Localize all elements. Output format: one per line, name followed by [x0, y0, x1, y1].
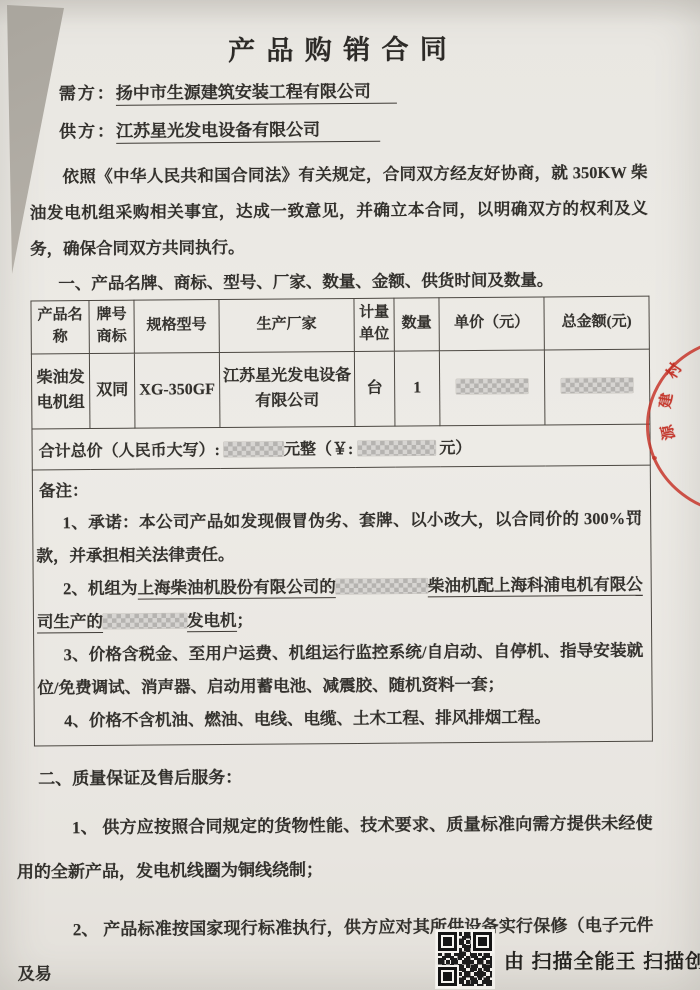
note-item-2-prefix: 2、机组为: [63, 579, 138, 599]
product-table: 产品名称 牌号商标 规格型号 生产厂家 计量单位 数量 单价（元） 总金额(元)…: [30, 296, 652, 747]
seller-label: 供方：: [59, 122, 116, 141]
contract-document: 产品购销合同 需方：扬中市生源建筑安装工程有限公司 供方：江苏星光发电设备有限公…: [0, 0, 700, 990]
cell-manufacturer: 江苏星光发电设备有限公司: [219, 351, 355, 427]
qr-finder-icon: [473, 932, 492, 951]
grand-total-label: 合计总价（人民币大写）:: [39, 441, 224, 459]
redacted-total-in-words: [224, 441, 284, 456]
note-item-2-engine-maker: 上海柴油机股份有限公司的: [137, 577, 336, 600]
redacted-total-amount: [561, 377, 633, 393]
column-header-manufacturer: 生产厂家: [219, 298, 354, 352]
cell-product-name: 柴油发电机组: [31, 354, 90, 429]
grand-total-row: 合计总价（人民币大写）: 元整（￥: 元）: [32, 424, 650, 470]
product-row: 柴油发电机组 双同 XG-350GF 江苏星光发电设备有限公司 台 1: [31, 349, 650, 429]
column-header-model: 规格型号: [134, 300, 219, 354]
qr-finder-icon: [438, 967, 457, 986]
section2-item-1: 1、 供方应按照合同规定的货物性能、技术要求、质量标准向需方提供未经使用的全新产…: [16, 802, 653, 895]
notes-label: 备注：: [39, 472, 642, 507]
cell-unit-price: [439, 350, 545, 426]
column-header-product-name: 产品名称: [31, 301, 89, 354]
redacted-unit-price: [456, 378, 528, 394]
column-header-total-amount: 总金额(元): [544, 296, 649, 350]
qr-code: [438, 932, 492, 986]
note-item-1: 1、承诺：本公司产品如发现假冒伪劣、套牌、以小改大，以合同价的 300%罚款，并…: [36, 502, 642, 573]
grand-total-words-suffix: 元整（￥:: [284, 440, 357, 458]
column-header-unit: 计量单位: [354, 298, 394, 351]
note-item-4: 4、价格不含机油、燃油、电线、电缆、土木工程、排风排烟工程。: [38, 700, 644, 738]
scanner-credit-text: 由 扫描全能王 扫描创建: [504, 945, 700, 974]
cell-unit: 台: [354, 351, 395, 426]
intro-paragraph: 依照《中华人民共和国合同法》有关规定，合同双方经友好协商，就 350KW 柴油发…: [29, 155, 648, 268]
seller-line: 供方：江苏星光发电设备有限公司: [59, 115, 647, 146]
cell-total-amount: [544, 349, 650, 425]
buyer-label: 需方：: [59, 84, 116, 103]
page-title: 产品购销合同: [28, 26, 646, 70]
column-header-brand: 牌号商标: [89, 300, 134, 353]
note-item-2: 2、机组为上海柴油机股份有限公司的柴油机配上海科浦电机有限公司生产的发电机；: [37, 568, 643, 639]
cell-brand: 双同: [89, 353, 135, 428]
notes-row: 备注： 1、承诺：本公司产品如发现假冒伪劣、套牌、以小改大，以合同价的 300%…: [32, 465, 652, 746]
redacted-engine-model: [336, 578, 428, 594]
redacted-total-in-figures: [357, 440, 435, 456]
qr-finder-icon: [438, 932, 457, 951]
seller-name: 江苏星光发电设备有限公司: [116, 120, 380, 144]
note-item-2-generator: 发电机: [187, 611, 237, 632]
table-header-row: 产品名称 牌号商标 规格型号 生产厂家 计量单位 数量 单价（元） 总金额(元): [31, 296, 649, 354]
redacted-generator-model: [103, 613, 187, 629]
cell-quantity: 1: [394, 351, 440, 426]
cell-model: XG-350GF: [134, 353, 220, 429]
section1-heading: 一、产品名牌、商标、型号、厂家、数量、金额、供货时间及数量。: [30, 267, 648, 298]
scanner-footer: 由 扫描全能王 扫描创建: [438, 932, 700, 986]
scanned-contract-page: 产品购销合同 需方：扬中市生源建筑安装工程有限公司 供方：江苏星光发电设备有限公…: [0, 0, 700, 990]
grand-total-figures-suffix: 元）: [435, 440, 471, 457]
note-item-3: 3、价格含税金、至用户运费、机组运行监控系统/自启动、自停机、指导安装就位/免费…: [37, 634, 643, 705]
column-header-quantity: 数量: [394, 298, 439, 351]
column-header-unit-price: 单价（元）: [439, 297, 544, 351]
section2-heading: 二、质量保证及售后服务：: [38, 762, 652, 793]
buyer-name: 扬中市生源建筑安装工程有限公司: [116, 82, 397, 106]
note-item-2-tail: ；: [236, 611, 253, 630]
buyer-line: 需方：扬中市生源建筑安装工程有限公司: [59, 77, 647, 108]
